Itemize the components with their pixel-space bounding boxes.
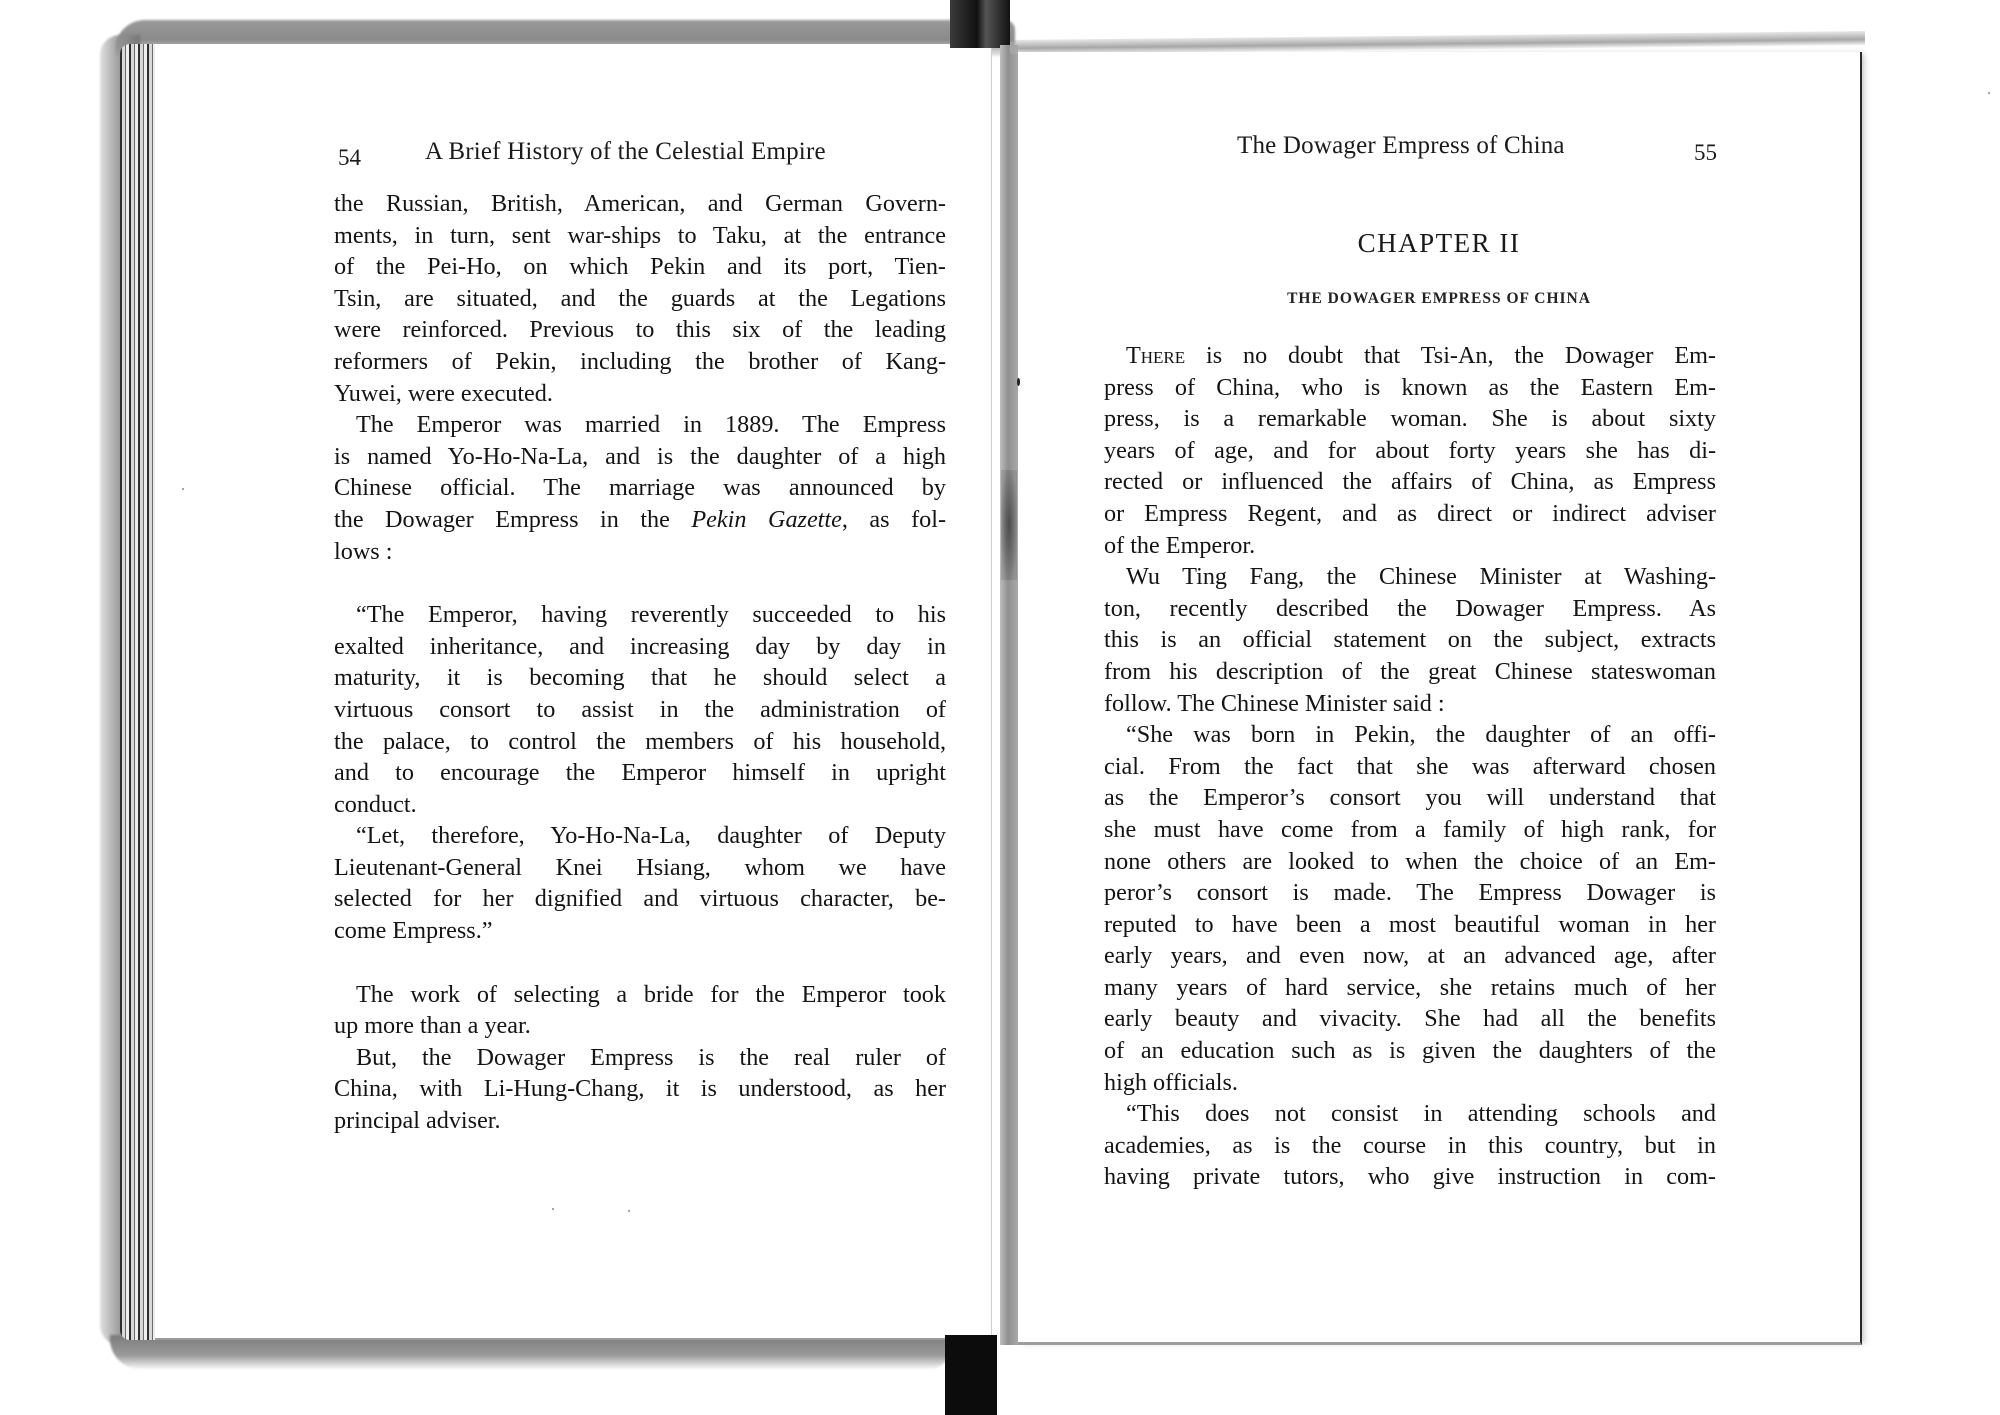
text-line: academies, as is the course in this coun… (1104, 1130, 1716, 1162)
scan-speck (552, 1208, 554, 1210)
text-line: from his description of the great Chines… (1104, 656, 1716, 688)
text-line: early beauty and vivacity. She had all t… (1104, 1003, 1716, 1035)
text-line: having private tutors, who give instruct… (1104, 1161, 1716, 1193)
text-line: ments, in turn, sent war-ships to Taku, … (334, 220, 946, 252)
scan-speck (1988, 92, 1990, 94)
text-line: high officials. (1104, 1067, 1716, 1099)
text-line: Tsin, are situated, and the guards at th… (334, 283, 946, 315)
bookmark-ribbon-top (950, 0, 1010, 48)
text-line: none others are looked to when the choic… (1104, 846, 1716, 878)
text-line: of the Emperor. (1104, 530, 1716, 562)
text-line: peror’s consort is made. The Empress Dow… (1104, 877, 1716, 909)
text-line: maturity, it is becoming that he should … (334, 662, 946, 694)
fore-edge-page-stack (120, 44, 160, 1340)
text-line: Yuwei, were executed. (334, 378, 946, 410)
text-line: “This does not consist in attending scho… (1104, 1098, 1716, 1130)
text-line: the Dowager Empress in the Pekin Gazette… (334, 504, 946, 536)
text-line: ton, recently described the Dowager Empr… (1104, 593, 1716, 625)
text-line: reputed to have been a most beautiful wo… (1104, 909, 1716, 941)
text-line: up more than a year. (334, 1010, 946, 1042)
text-line: “The Emperor, having reverently succeede… (334, 599, 946, 631)
text-line: exalted inheritance, and increasing day … (334, 631, 946, 663)
text-line: Lieutenant-General Knei Hsiang, whom we … (334, 852, 946, 884)
text-line: There is no doubt that Tsi-An, the Dowag… (1104, 340, 1716, 372)
text-line: press of China, who is known as the East… (1104, 372, 1716, 404)
text-line: principal adviser. (334, 1105, 946, 1137)
scan-speck (182, 488, 184, 490)
right-page-top-shadow (1010, 31, 1865, 54)
text-line: selected for her dignified and virtuous … (334, 883, 946, 915)
scan-speck (1017, 378, 1020, 386)
right-running-head: The Dowager Empress of China (1237, 132, 1565, 160)
text-line: lows : (334, 536, 946, 568)
right-page-number: 55 (1694, 140, 1717, 166)
left-page-body: the Russian, British, American, and Germ… (334, 188, 946, 1137)
text-line: China, with Li-Hung-Chang, it is underst… (334, 1073, 946, 1105)
left-page-number: 54 (338, 145, 361, 171)
text-line: were reinforced. Previous to this six of… (334, 314, 946, 346)
text-line: and to encourage the Emperor himself in … (334, 757, 946, 789)
text-line: of an education such as is given the dau… (1104, 1035, 1716, 1067)
italic-title: Pekin Gazette (691, 506, 841, 533)
scan-speck (628, 1210, 630, 1212)
paragraph-gap (334, 567, 946, 599)
text-line: or Empress Regent, and as direct or indi… (1104, 498, 1716, 530)
text-line: Wu Ting Fang, the Chinese Minister at Wa… (1104, 561, 1716, 593)
text-line: press, is a remarkable woman. She is abo… (1104, 403, 1716, 435)
text-line: years of age, and for about forty years … (1104, 435, 1716, 467)
drop-smallcaps-word: There (1126, 342, 1185, 369)
chapter-title: CHAPTER II (1018, 228, 1860, 259)
chapter-subtitle: THE DOWAGER EMPRESS OF CHINA (1018, 290, 1860, 308)
text-line: “She was born in Pekin, the daughter of … (1104, 719, 1716, 751)
text-line: she must have come from a family of high… (1104, 814, 1716, 846)
left-running-head: A Brief History of the Celestial Empire (425, 138, 826, 166)
text-line: come Empress.” (334, 915, 946, 947)
book-spread-scan: 54 A Brief History of the Celestial Empi… (0, 0, 2000, 1415)
book-gutter (1000, 45, 1018, 1345)
text-line: of the Pei-Ho, on which Pekin and its po… (334, 251, 946, 283)
text-line: rected or influenced the affairs of Chin… (1104, 466, 1716, 498)
text-line: But, the Dowager Empress is the real rul… (334, 1042, 946, 1074)
text-line: is named Yo-Ho-Na-La, and is the daughte… (334, 441, 946, 473)
paragraph-gap (334, 947, 946, 979)
text-line: follow. The Chinese Minister said : (1104, 688, 1716, 720)
text-line: early years, and even now, at an advance… (1104, 940, 1716, 972)
text-line: as the Emperor’s consort you will unders… (1104, 782, 1716, 814)
text-line: the Russian, British, American, and Germ… (334, 188, 946, 220)
text-line: virtuous consort to assist in the admini… (334, 694, 946, 726)
text-line: The Emperor was married in 1889. The Emp… (334, 409, 946, 441)
text-line: conduct. (334, 789, 946, 821)
text-line: “Let, therefore, Yo-Ho-Na-La, daughter o… (334, 820, 946, 852)
left-page-bottom-shadow (110, 1335, 950, 1369)
text-line: Chinese official. The marriage was annou… (334, 472, 946, 504)
right-page-body: There is no doubt that Tsi-An, the Dowag… (1104, 340, 1716, 1193)
text-line: many years of hard service, she retains … (1104, 972, 1716, 1004)
text-line: this is an official statement on the sub… (1104, 624, 1716, 656)
text-line: cial. From the fact that she was afterwa… (1104, 751, 1716, 783)
text-line: reformers of Pekin, including the brothe… (334, 346, 946, 378)
gutter-shadow (1001, 470, 1017, 580)
bookmark-ribbon-bottom (945, 1335, 997, 1415)
text-line: the palace, to control the members of hi… (334, 726, 946, 758)
text-line: The work of selecting a bride for the Em… (334, 979, 946, 1011)
